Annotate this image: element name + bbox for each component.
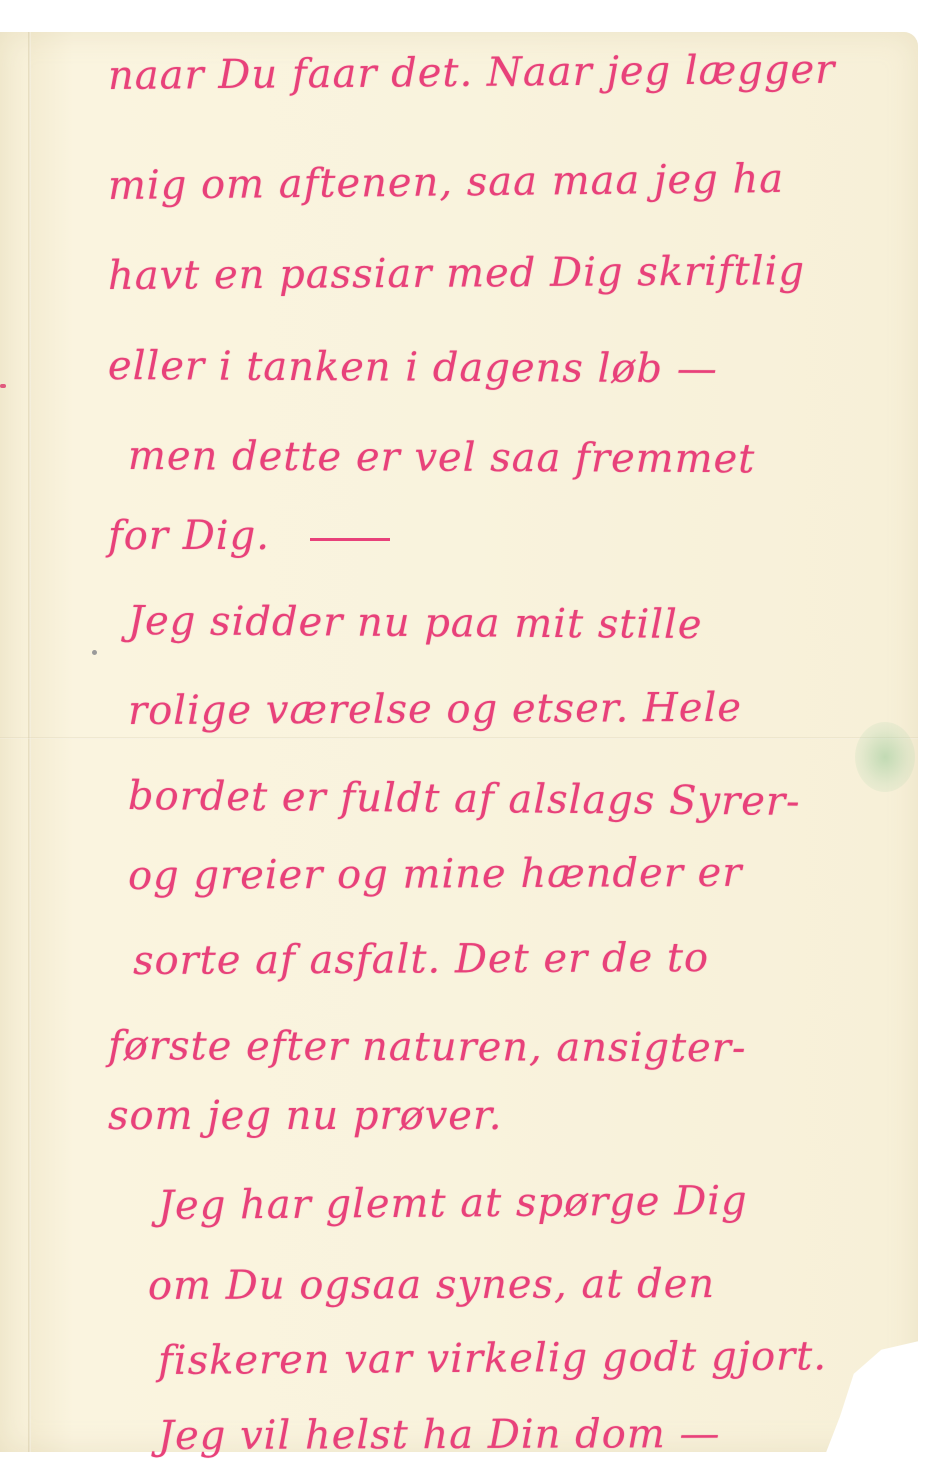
letter-line-17: Jeg vil helst ha Din dom — (158, 1408, 721, 1462)
letter-line-12: første efter naturen, ansigter- (108, 1020, 747, 1074)
letter-line-3: havt en passiar med Dig skriftlig (108, 245, 805, 302)
green-stain (855, 722, 915, 792)
letter-line-7: Jeg sidder nu paa mit stille (128, 595, 703, 651)
letter-line-4: eller i tanken i dagens løb — (108, 340, 718, 395)
paper-fold-vertical (28, 32, 31, 1452)
letter-line-8: rolige værelse og etser. Hele (128, 682, 742, 737)
letter-line-15: om Du ogsaa synes, at den (148, 1258, 715, 1312)
letter-line-6-text: for Dig. (108, 513, 270, 559)
letter-line-10: og greier og mine hænder er (128, 847, 743, 902)
paper-fold-horizontal (0, 737, 918, 739)
letter-line-13: som jeg nu prøver. (108, 1090, 502, 1142)
letter-line-5: men dette er vel saa fremmet (128, 430, 756, 485)
letter-line-11: sorte af asfalt. Det er de to (133, 932, 709, 987)
paper-speck (92, 650, 97, 655)
letter-line-6: for Dig. (108, 510, 390, 562)
letter-line-14: Jeg har glemt at spørge Dig (158, 1175, 748, 1232)
closing-dash (310, 538, 390, 541)
scanned-page: naar Du faar det. Naar jeg lægger mig om… (0, 0, 950, 1484)
previous-page-ink-mark (0, 384, 6, 388)
letter-line-16: fiskeren var virkelig godt gjort. (158, 1330, 827, 1387)
letter-line-1: naar Du faar det. Naar jeg lægger (108, 44, 836, 102)
letter-line-9: bordet er fuldt af alslags Syrer- (128, 770, 801, 828)
letter-line-2: mig om aftenen, saa maa jeg ha (108, 153, 785, 212)
